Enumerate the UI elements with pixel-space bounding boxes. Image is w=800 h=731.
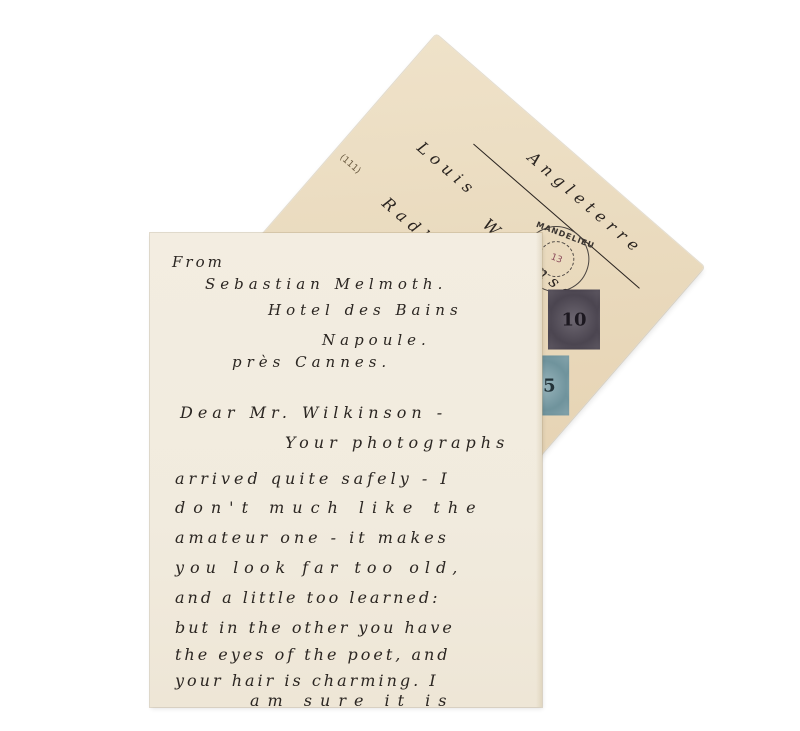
letter-line: but in the other you have [175, 618, 455, 637]
letter-line: Dear Mr. Wilkinson - [180, 403, 447, 422]
letter-line: the eyes of the poet, and [175, 645, 451, 664]
letter-line: Your photographs [285, 433, 509, 452]
envelope-address-line: Louis [413, 138, 481, 201]
letter-line: Hotel des Bains [268, 301, 463, 319]
letter-sheet: From Sebastian Melmoth. Hotel des Bains … [150, 233, 542, 707]
letter-line: From [172, 253, 225, 271]
envelope-corner-mark: (111) [337, 153, 362, 176]
stamp-value: 10 [561, 309, 586, 330]
letter-line: and a little too learned: [175, 588, 441, 607]
postage-stamp-10: 10 [548, 290, 600, 350]
letter-line: your hair is charming. I [175, 671, 439, 690]
letter-line: près Cannes. [232, 353, 391, 371]
postmark-date: 13 [549, 252, 563, 265]
letter-line: amateur one - it makes [175, 528, 450, 547]
letter-line: am sure it is [250, 691, 454, 710]
letter-line: arrived quite safely - I [175, 469, 451, 488]
letter-line: Napoule. [322, 331, 431, 349]
letter-line: don't much like the [175, 498, 484, 517]
photo-scene: (111) Angleterre Louis Wilkinson Radley … [0, 0, 800, 731]
letter-line: you look far too old, [175, 558, 463, 577]
letter-line: Sebastian Melmoth. [205, 275, 447, 293]
